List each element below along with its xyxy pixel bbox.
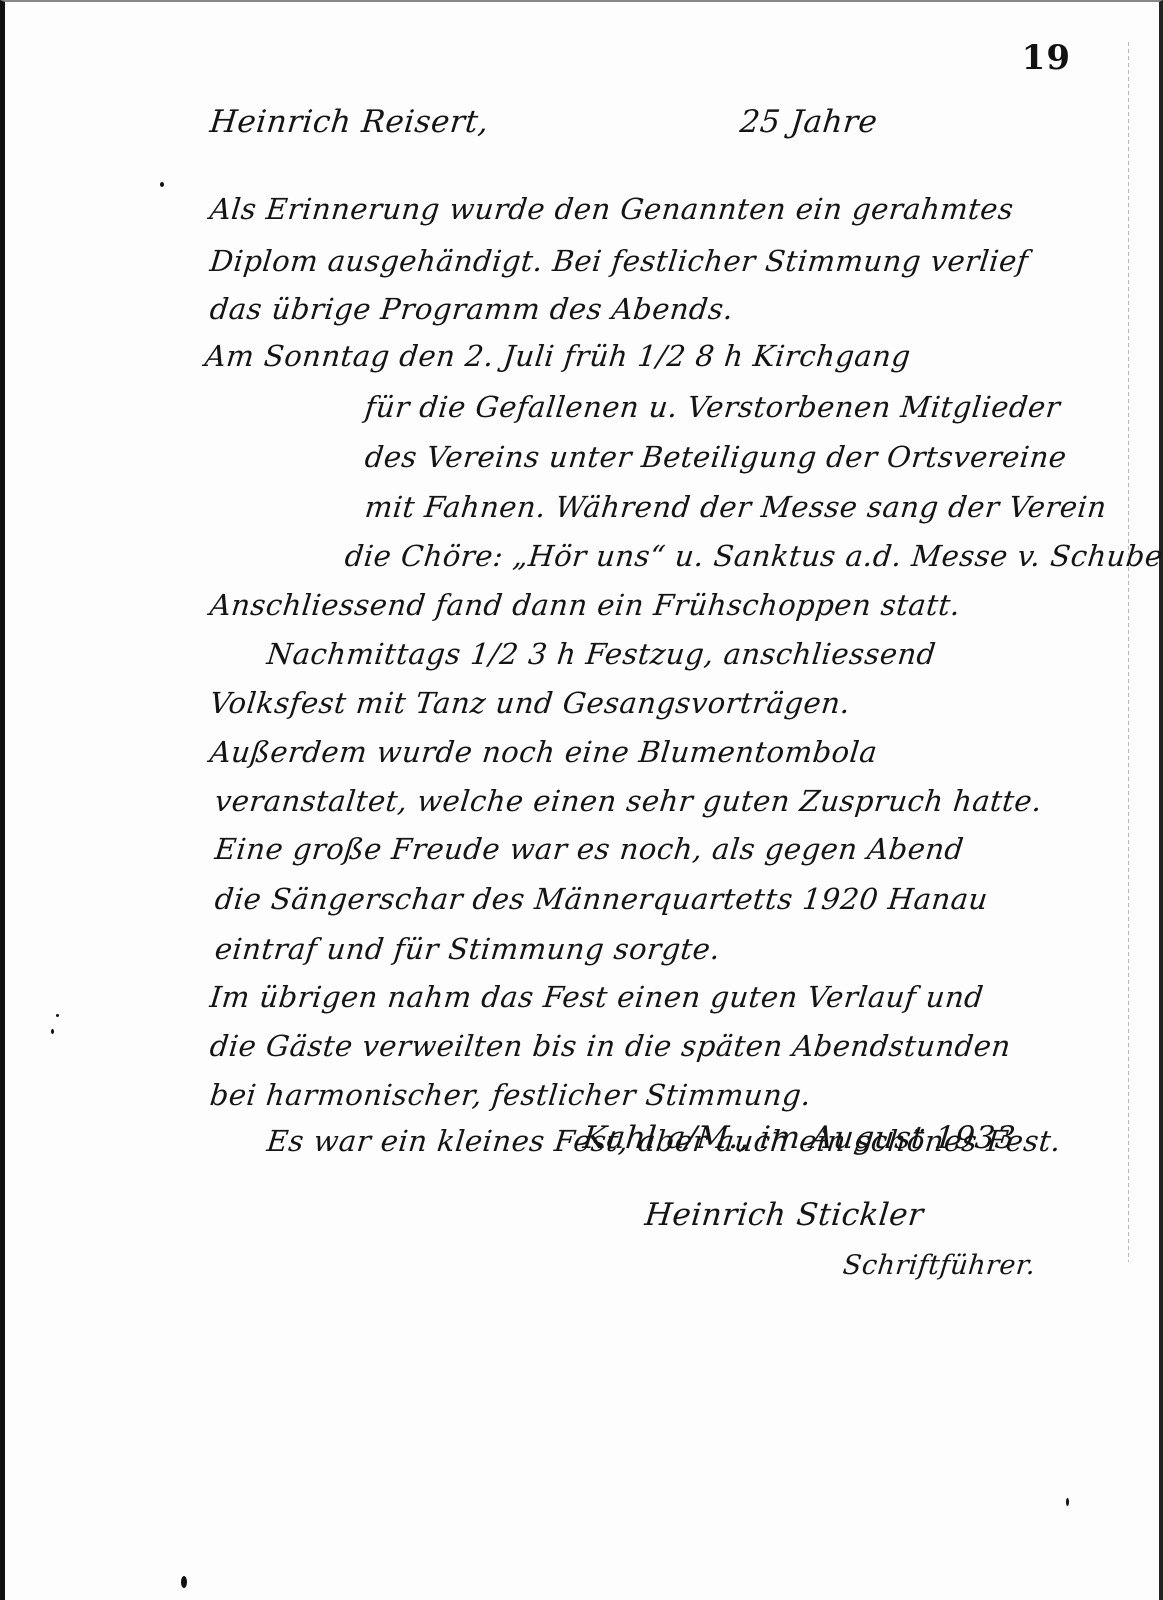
body-line: Als Erinnerung wurde den Genannten ein g… [208, 192, 1015, 226]
member-years: 25 Jahre [738, 104, 879, 140]
body-line: für die Gefallenen u. Verstorbenen Mitgl… [363, 390, 1062, 424]
body-line: die Chöre: „Hör uns“ u. Sanktus a.d. Mes… [343, 539, 1163, 573]
body-line: bei harmonischer, festlicher Stimmung. [208, 1078, 813, 1112]
body-line: Anschliessend fand dann ein Frühschoppen… [208, 588, 962, 622]
ink-speck [181, 1576, 187, 1588]
page-number: 19 [1022, 38, 1071, 78]
body-line: die Gäste verweilten bis in die späten A… [208, 1029, 1012, 1063]
body-line: des Vereins unter Beteiligung der Ortsve… [363, 440, 1068, 474]
body-line: Eine große Freude war es noch, als gegen… [213, 832, 965, 866]
page-edge-rule [1128, 42, 1129, 1262]
ink-speck [51, 1029, 54, 1034]
signature-title: Schriftführer. [841, 1250, 1037, 1281]
ink-speck [56, 1014, 59, 1017]
body-line: Am Sonntag den 2. Juli früh 1/2 8 h Kirc… [203, 339, 912, 373]
body-line: Nachmittags 1/2 3 h Festzug, anschliesse… [265, 637, 937, 671]
body-line: mit Fahnen. Während der Messe sang der V… [363, 490, 1108, 524]
body-line: Außerdem wurde noch eine Blumentombola [208, 735, 879, 769]
body-line: eintraf und für Stimmung sorgte. [213, 932, 722, 966]
body-line: Im übrigen nahm das Fest einen guten Ver… [208, 980, 985, 1014]
ink-speck [1066, 1498, 1069, 1506]
member-name: Heinrich Reisert, [208, 104, 490, 140]
signature-name: Heinrich Stickler [643, 1197, 925, 1233]
body-line: Diplom ausgehändigt. Bei festlicher Stim… [208, 244, 1030, 278]
ink-speck [160, 182, 164, 187]
document-page: 19 Heinrich Reisert, 25 Jahre Als Erinne… [0, 0, 1163, 1600]
place-date: Kahl a/M., im August 1933 [581, 1120, 1017, 1156]
body-line: das übrige Programm des Abends. [208, 292, 735, 326]
body-line: veranstaltet, welche einen sehr guten Zu… [213, 784, 1044, 818]
body-line: die Sängerschar des Männerquartetts 1920… [213, 882, 989, 916]
body-line: Volksfest mit Tanz und Gesangsvorträgen. [208, 686, 852, 720]
